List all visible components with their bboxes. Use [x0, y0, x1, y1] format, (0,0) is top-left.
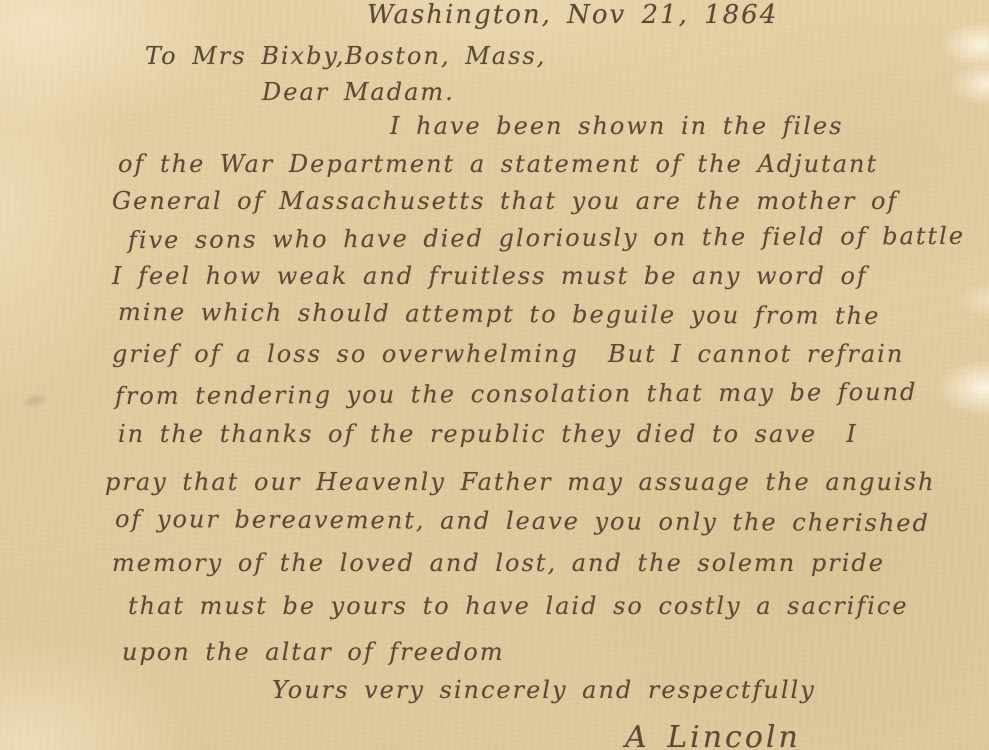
lincoln-signature: A Lincoln	[625, 720, 801, 750]
recipient-place: Boston, Mass,	[345, 42, 546, 70]
body-line-13: that must be yours to have laid so costl…	[128, 592, 909, 620]
closing-line: Yours very sincerely and respectfully	[272, 676, 816, 704]
body-line-9: in the thanks of the republic they died …	[118, 420, 858, 448]
body-line-1: I have been shown in the files	[390, 112, 843, 140]
smudge-mark	[16, 388, 54, 414]
recipient-line: To Mrs Bixby,	[145, 42, 345, 70]
body-line-11: of your bereavement, and leave you only …	[115, 505, 930, 537]
body-line-3: General of Massachusetts that you are th…	[112, 187, 898, 215]
body-line-8: from tendering you the consolation that …	[115, 378, 918, 410]
body-line-2: of the War Department a statement of the…	[118, 150, 878, 178]
body-line-6: mine which should attempt to beguile you…	[118, 298, 880, 330]
body-line-5: I feel how weak and fruitless must be an…	[112, 262, 868, 290]
letter-scan-page: Washington, Nov 21, 1864 To Mrs Bixby, B…	[0, 0, 989, 750]
body-line-14: upon the altar of freedom	[122, 638, 505, 666]
body-line-7: grief of a loss so overwhelming But I ca…	[112, 340, 904, 368]
dateline: Washington, Nov 21, 1864	[367, 0, 778, 30]
body-line-10: pray that our Heavenly Father may assuag…	[105, 468, 935, 496]
body-line-4: five sons who have died gloriously on th…	[128, 222, 965, 254]
salutation: Dear Madam.	[262, 78, 455, 106]
body-line-12: memory of the loved and lost, and the so…	[112, 549, 885, 577]
